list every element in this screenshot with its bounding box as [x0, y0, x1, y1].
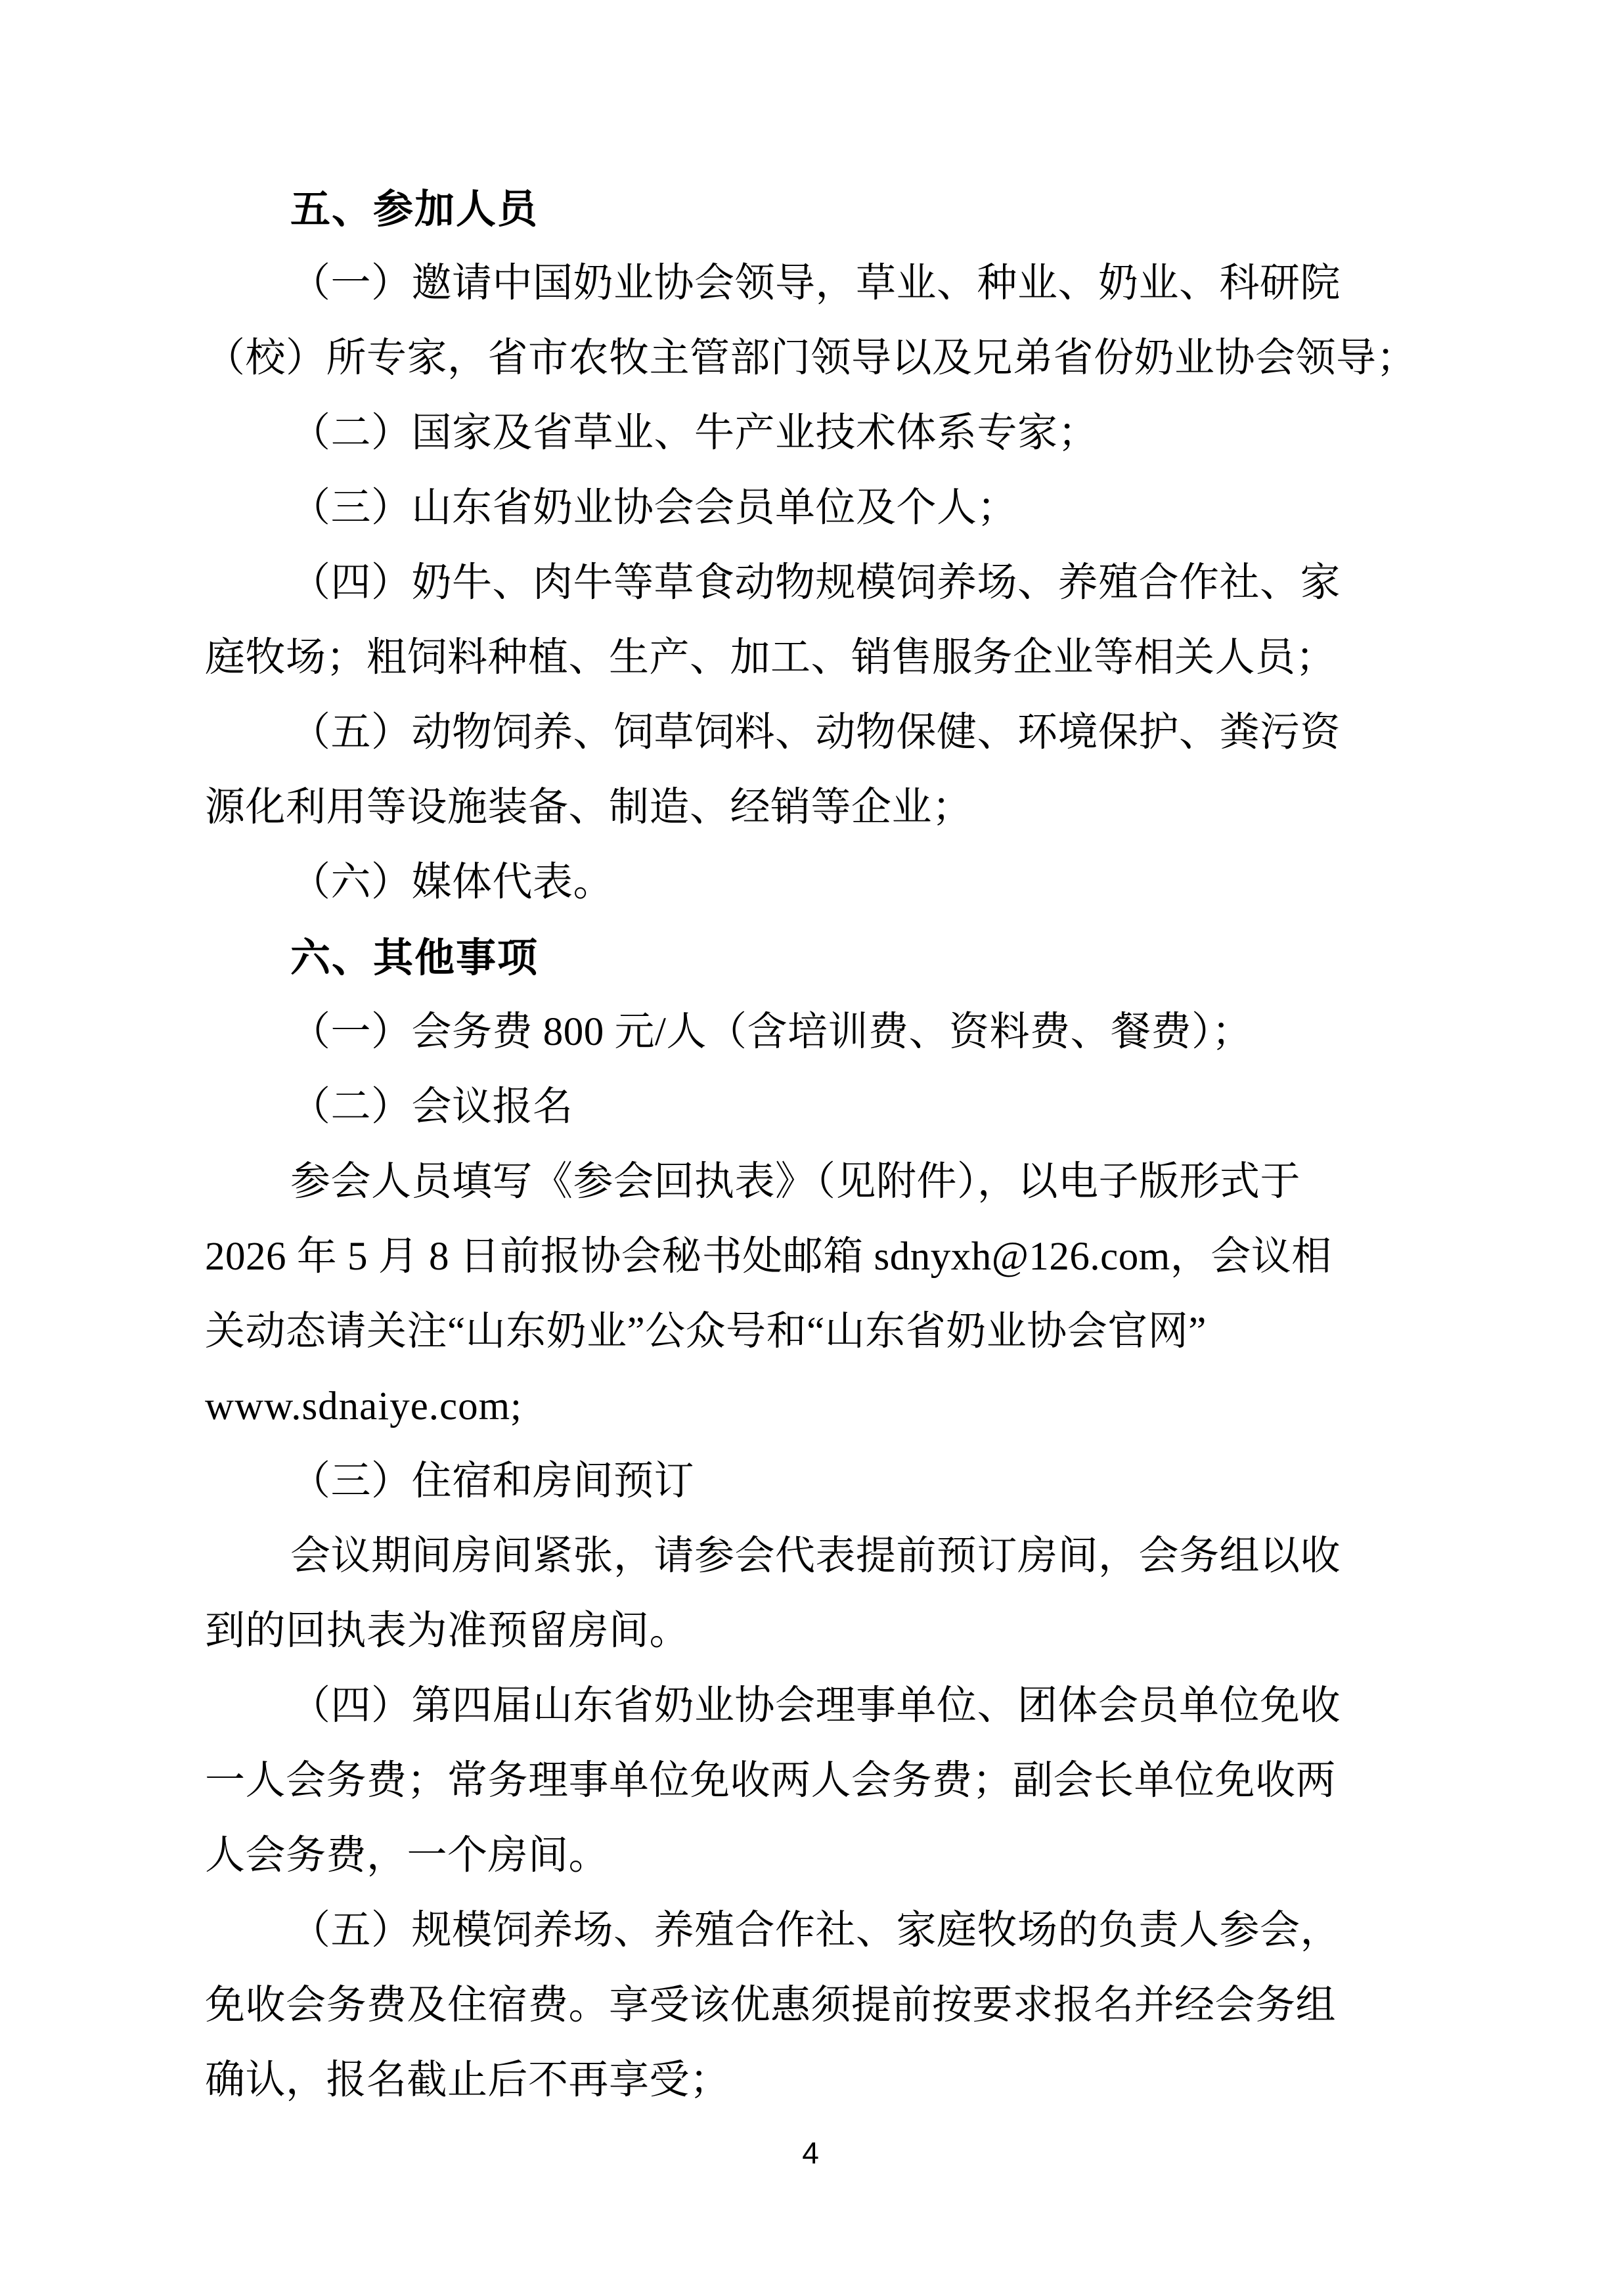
text-line: 2026 年 5 月 8 日前报协会秘书处邮箱 sdnyxh@126.com，会… [205, 1220, 1417, 1294]
text-line: （六）媒体代表。 [205, 845, 1417, 920]
text-line: （一）会务费 800 元/人（含培训费、资料费、餐费）； [205, 995, 1417, 1070]
section-heading-6: 六、其他事项 [205, 920, 1417, 995]
text-line: 人会务费，一个房间。 [205, 1819, 1417, 1893]
text-line: 参会人员填写《参会回执表》（见附件），以电子版形式于 [205, 1145, 1417, 1220]
text-line: （校）所专家，省市农牧主管部门领导以及兄弟省份奶业协会领导； [205, 321, 1417, 396]
text-line: 关动态请关注“山东奶业”公众号和“山东省奶业协会官网” [205, 1294, 1417, 1369]
text-line: （一）邀请中国奶业协会领导，草业、种业、奶业、科研院 [205, 246, 1417, 321]
text-line: 免收会务费及住宿费。享受该优惠须提前按要求报名并经会务组 [205, 1968, 1417, 2043]
text-line: 源化利用等设施装备、制造、经销等企业； [205, 770, 1417, 845]
text-line-website: www.sdnaiye.com; [205, 1369, 1417, 1444]
document-body: 五、参加人员 （一）邀请中国奶业协会领导，草业、种业、奶业、科研院 （校）所专家… [205, 171, 1417, 2118]
text-line: （三）住宿和房间预订 [205, 1444, 1417, 1519]
text-line: 确认，报名截止后不再享受； [205, 2043, 1417, 2118]
text-line: 会议期间房间紧张，请参会代表提前预订房间，会务组以收 [205, 1519, 1417, 1594]
page-number: 4 [0, 2127, 1621, 2179]
section-heading-5: 五、参加人员 [205, 171, 1417, 246]
text-line: （五）规模饲养场、养殖合作社、家庭牧场的负责人参会， [205, 1893, 1417, 1968]
text-line: 一人会务费；常务理事单位免收两人会务费；副会长单位免收两 [205, 1744, 1417, 1819]
text-line: 庭牧场；粗饲料种植、生产、加工、销售服务企业等相关人员； [205, 621, 1417, 695]
text-line: （三）山东省奶业协会会员单位及个人； [205, 471, 1417, 546]
text-line: （二）国家及省草业、牛产业技术体系专家； [205, 396, 1417, 471]
text-line: （二）会议报名 [205, 1070, 1417, 1145]
text-line: （四）第四届山东省奶业协会理事单位、团体会员单位免收 [205, 1669, 1417, 1744]
text-line: （五）动物饲养、饲草饲料、动物保健、环境保护、粪污资 [205, 695, 1417, 770]
text-line: 到的回执表为准预留房间。 [205, 1594, 1417, 1669]
text-line: （四）奶牛、肉牛等草食动物规模饲养场、养殖合作社、家 [205, 546, 1417, 621]
document-page: 五、参加人员 （一）邀请中国奶业协会领导，草业、种业、奶业、科研院 （校）所专家… [0, 0, 1621, 2296]
